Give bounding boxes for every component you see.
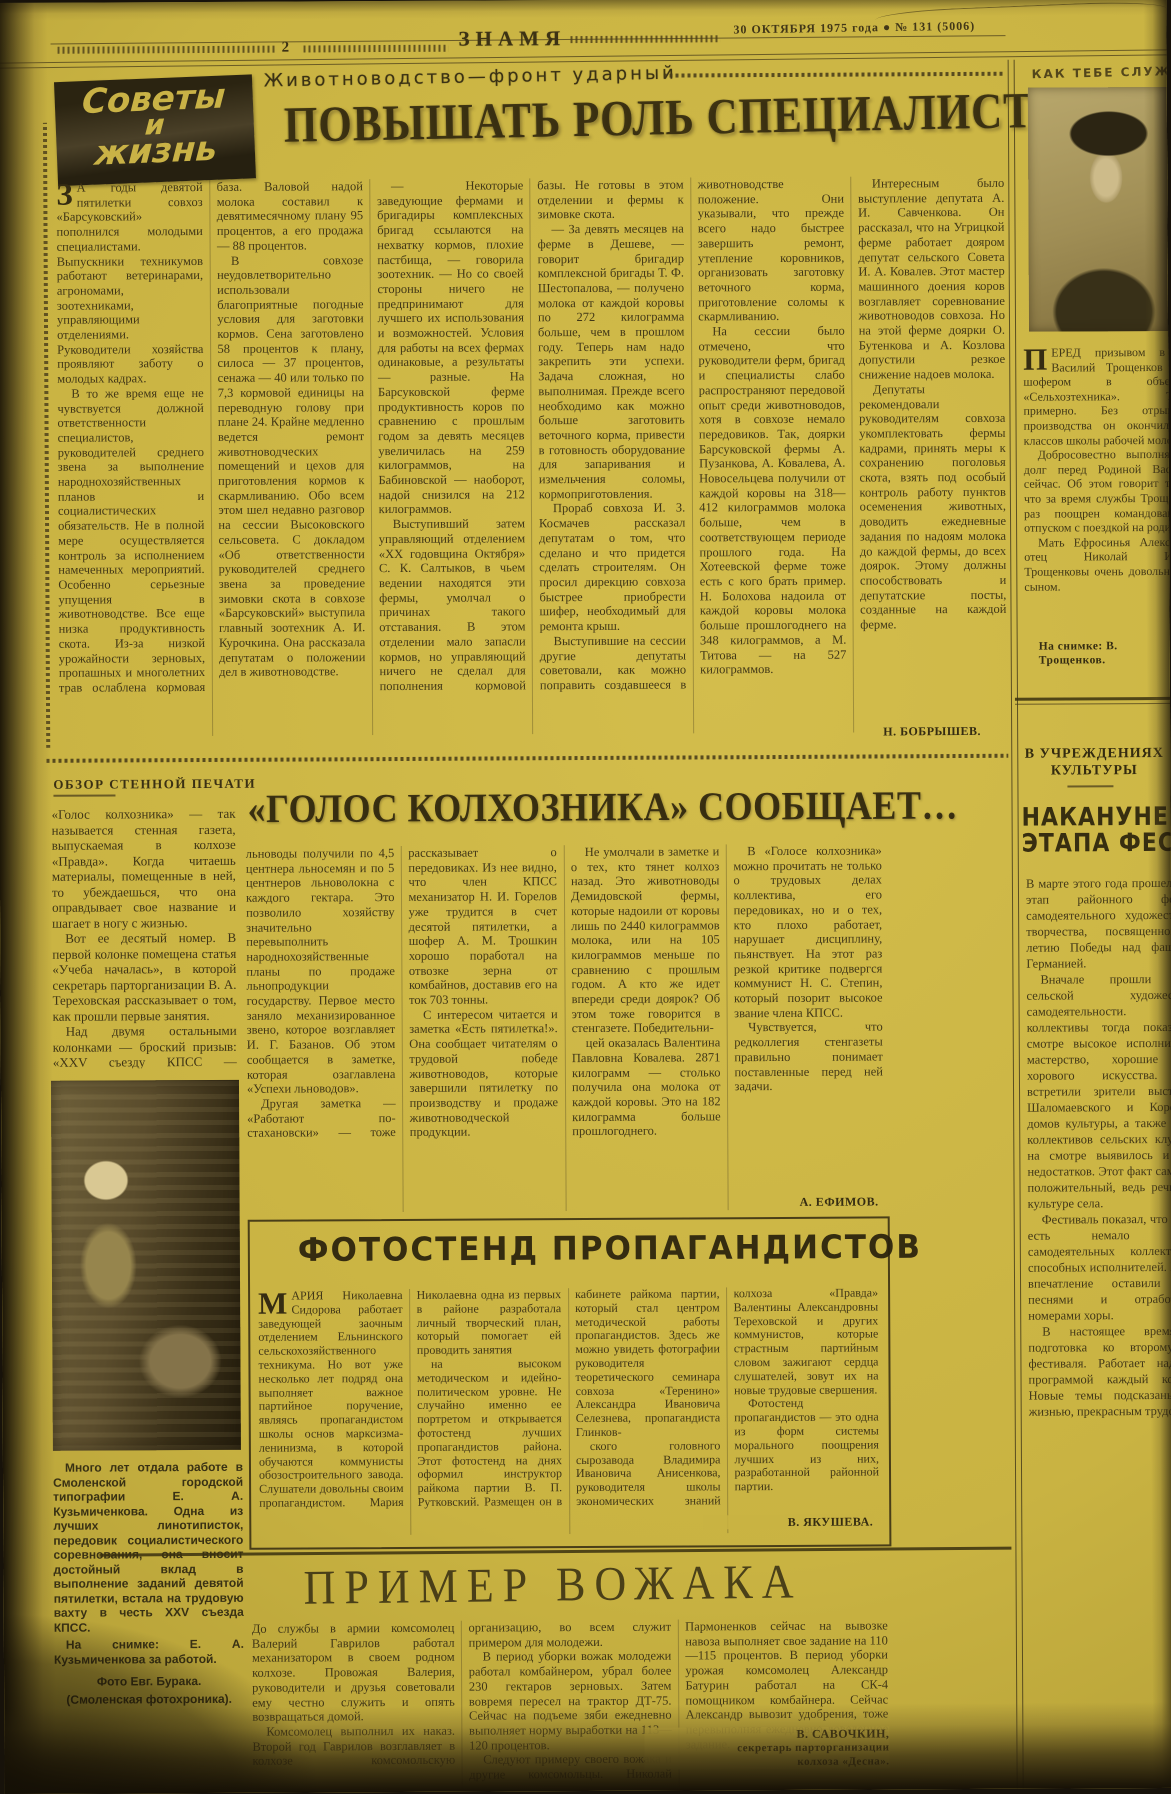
lead-paragraph: — За девять месяцев на ферме в Дешеве, —… <box>537 222 685 502</box>
kicker-squiggle <box>664 72 1004 78</box>
lead-paragraph: Прораб совхоза И. З. Космачев рассказал … <box>539 501 686 634</box>
review-paragraph: льноводы получили по 4,5 центнера льносе… <box>246 846 396 1097</box>
lead-article-body: ЗА годы девятой пятилетки совхоз «Барсук… <box>56 176 1007 737</box>
lead-paragraph: В совхозе неудовлетворительно использова… <box>217 253 366 680</box>
review-rubric-underline <box>53 794 115 796</box>
rubric-sovety-i-zhizn: Советы и жизнь <box>54 74 256 186</box>
review-rubric: ОБЗОР СТЕННОЙ ПЕЧАТИ <box>53 776 256 793</box>
lead-paragraph: На сессии было отмечено, что руководител… <box>698 324 846 678</box>
lead-left-border <box>43 123 50 748</box>
rubric-line: жизнь <box>60 132 252 170</box>
linotype-operator-photo <box>51 1080 241 1451</box>
review-intro-paragraph: Над двумя остальными колонками — броский… <box>53 1023 237 1069</box>
review-paragraph: Чувствуется, что редколлегия стенгазеты … <box>734 1020 883 1094</box>
review-paragraph: В «Голосе колхозника» можно прочитать не… <box>733 843 882 1020</box>
vozhak-byline-role: колхоза «Десна». <box>645 1754 890 1769</box>
review-article-body: льноводы получили по 4,5 центнера льносе… <box>246 843 884 1212</box>
culture-rubric-line: В УЧРЕЖДЕНИЯХ <box>1019 745 1169 763</box>
review-intro-column: «Голос колхозника» — так называется стен… <box>52 806 237 1069</box>
soldier-photo <box>1028 87 1168 332</box>
lead-paragraph: Депутаты рекомендовали руководителям сов… <box>859 382 1007 633</box>
photo-caption-paragraph: Много лет отдала работе в Смоленской гор… <box>53 1460 244 1635</box>
lead-kicker: Животноводство—фронт ударный <box>264 63 677 92</box>
vozhak-byline-block: В. САВОЧКИН, секретарь парторганизации к… <box>644 1726 889 1769</box>
review-intro-paragraph: «Голос колхозника» — так называется стен… <box>52 806 237 931</box>
review-headline: «ГОЛОС КОЛХОЗНИКА» СООБЩАЕТ… <box>247 784 958 830</box>
vozhak-paragraph: До службы в армии комсомолец Валерий Гав… <box>252 1621 455 1725</box>
culture-rubric-line: КУЛЬТУРЫ <box>1019 762 1169 780</box>
review-byline: А. ЕФИМОВ. <box>724 1194 879 1209</box>
fotostand-headline: ФОТОСТЕНД ПРОПАГАНДИСТОВ <box>298 1229 922 1268</box>
sidebar-section-rule-thin <box>1015 703 1170 705</box>
festival-article: В марте этого года прошел первый этап ра… <box>1026 875 1171 1771</box>
festival-paragraph: В марте этого года прошел первый этап ра… <box>1026 875 1171 972</box>
review-paragraph: цей оказалась Валентина Павловна Ковалев… <box>572 1035 721 1139</box>
sidebar-divider <box>1008 60 1024 1789</box>
sidebar-photo-caption: На снимке: В. Трощенков. <box>1039 639 1170 668</box>
photo-caption-paragraph: На снимке: Е. А. Кузьмиченкова за работо… <box>54 1637 244 1667</box>
photo-credit: Фото Евг. Бурака. <box>54 1674 244 1689</box>
lead-paragraph: ЗА годы девятой пятилетки совхоз «Барсук… <box>56 180 203 387</box>
review-paragraph: С интересом читается и заметка «Есть пят… <box>409 1007 558 1140</box>
culture-rubric-underline <box>1067 785 1113 787</box>
photo-caption: Много лет отдала работе в Смоленской гор… <box>53 1460 244 1710</box>
review-paragraph: Не умолчали в заметке и о тех, кто тянет… <box>571 844 720 1036</box>
photo-agency: (Смоленская фотохроника). <box>54 1691 244 1706</box>
sidebar-army-article: ПЕРЕД призывом в армию Василий Трощенков… <box>1023 345 1171 632</box>
vozhak-byline-role: секретарь парторганизации <box>644 1740 889 1755</box>
review-intro-paragraph: Вот ее десятый номер. В первой колонке п… <box>52 930 236 1024</box>
vozhak-paragraph: В период уборки вожак молодежи работал к… <box>469 1649 672 1753</box>
sidebar-army-paragraph: Добросовестно выполняет свой долг перед … <box>1024 447 1171 536</box>
festival-paragraph: Фестиваль показал, что в районе есть нем… <box>1028 1211 1171 1324</box>
newspaper-title: ЗНАМЯ <box>458 26 566 52</box>
fotostand-article-body: МАРИЯ Николаевна Сидорова работает завед… <box>258 1286 879 1535</box>
sidebar-section-rule <box>1015 697 1170 701</box>
page-curl-line <box>875 0 1166 29</box>
festival-headline: НАКАНУНЕ ВТОРОГО ЭТАПА ФЕСТИВАЛЯ <box>1022 805 1171 858</box>
masthead-hatch-left <box>58 46 276 54</box>
sidebar-army-paragraph: ПЕРЕД призывом в армию Василий Трощенков… <box>1023 345 1171 448</box>
festival-paragraph: В настоящее время идет подготовка ко вто… <box>1028 1323 1171 1420</box>
lead-paragraph: — Некоторые заведующие фермами и бригади… <box>377 178 525 517</box>
fotostand-paragraph: Фотостенд пропагандистов — это одна из ф… <box>734 1397 879 1494</box>
fotostand-byline: В. ЯКУШЕВА. <box>703 1515 873 1530</box>
newspaper-page: 2 ЗНАМЯ 30 ОКТЯБРЯ 1975 года ● № 131 (50… <box>0 0 1171 1791</box>
festival-paragraph: Вначале прошли смотры сельской художеств… <box>1026 971 1171 1212</box>
vozhak-byline-name: В. САВОЧКИН, <box>644 1726 889 1741</box>
sidebar-top-header: КАК ТЕБЕ СЛУЖИТСЯ <box>1032 63 1171 81</box>
lead-paragraph: Интересным было выступление депутата А. … <box>858 176 1005 383</box>
lead-headline: ПОВЫШАТЬ РОЛЬ СПЕЦИАЛИСТОВ <box>284 83 1097 153</box>
masthead-hatch-mid <box>304 45 449 53</box>
page-number: 2 <box>282 40 290 57</box>
page-edge-shadow-left <box>0 3 57 1791</box>
masthead-hatch-right <box>570 35 720 43</box>
lead-byline: Н. БОБРЫШЕВ. <box>857 724 1007 739</box>
vozhak-headline: ПРИМЕР ВОЖАКА <box>303 1557 802 1614</box>
sidebar-army-paragraph: Мать Ефросинья Алексеевна и отец Николай… <box>1024 534 1171 593</box>
festival-headline-line: ЭТАПА ФЕСТИВАЛЯ <box>1022 829 1171 858</box>
lead-bottom-border <box>46 754 1008 763</box>
culture-rubric: В УЧРЕЖДЕНИЯХ КУЛЬТУРЫ <box>1019 745 1169 780</box>
